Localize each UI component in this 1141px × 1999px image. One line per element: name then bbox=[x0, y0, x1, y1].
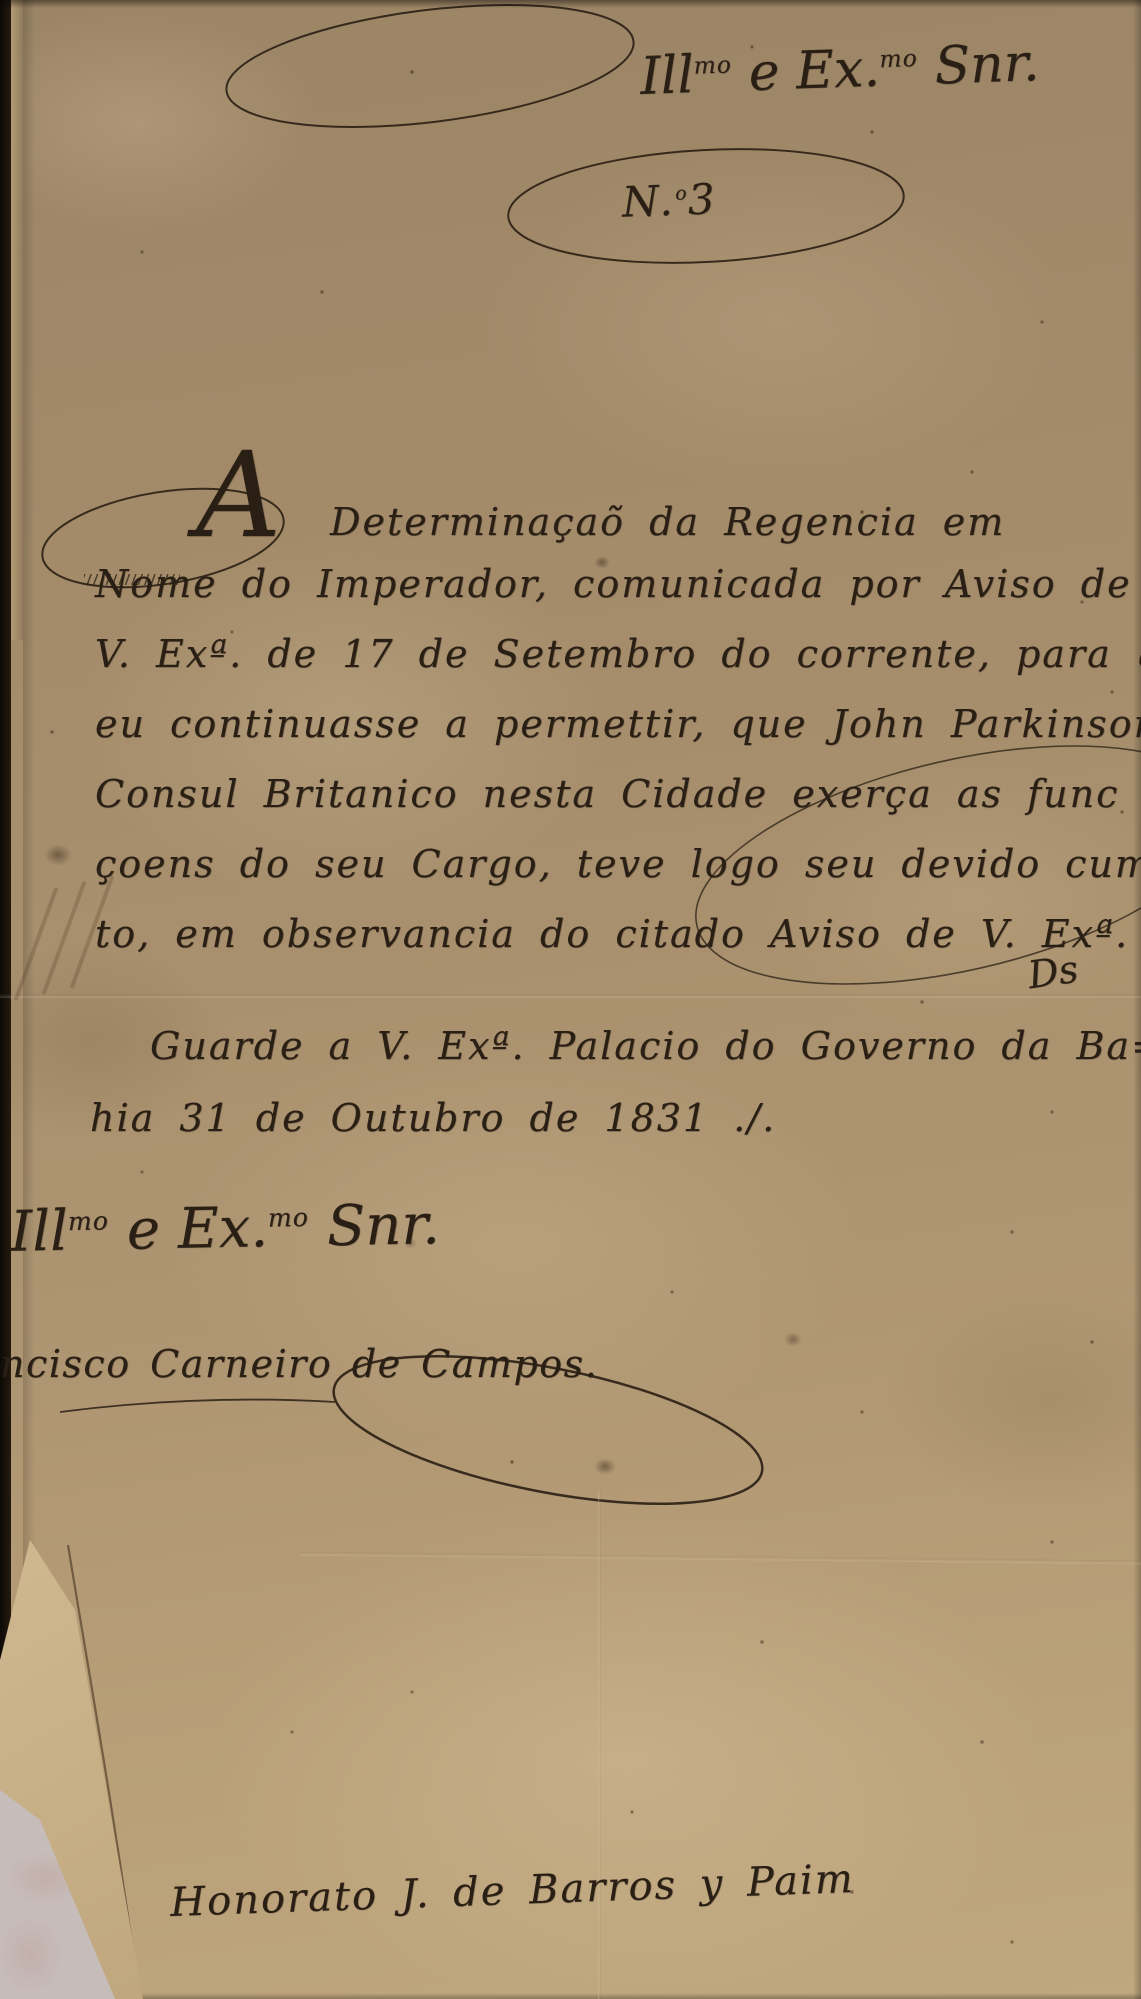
flourish-oval-header bbox=[220, 0, 641, 147]
closing-salutation: Illmo e Ex.mo Snr. bbox=[9, 1192, 440, 1264]
flourish-tail-signature bbox=[60, 1400, 335, 1412]
salutation-text: Snr. bbox=[917, 33, 1040, 97]
body-line: Nome do Imperador, comunicada por Aviso … bbox=[95, 562, 1132, 606]
drop-cap-initial: A bbox=[196, 436, 281, 554]
addressee-name: ncisco Carneiro de Campos. bbox=[0, 1342, 598, 1386]
document-number: N.o3 bbox=[621, 174, 718, 226]
document-number-superscript: o bbox=[675, 182, 688, 204]
flourish-overlay bbox=[0, 0, 1141, 1999]
body-line: to, em observancia do citado Aviso de V.… bbox=[95, 912, 1129, 956]
body-line: Consul Britanico nesta Cidade exerça as … bbox=[95, 772, 1119, 816]
salutation-text: Ill bbox=[9, 1199, 68, 1265]
salutation-superscript: mo bbox=[268, 1203, 310, 1233]
page-top-edge-shade bbox=[0, 0, 1141, 8]
body-line: V. Exª. de 17 de Setembro do corrente, p… bbox=[95, 632, 1141, 676]
dateline: hia 31 de Outubro de 1831 ./. bbox=[90, 1096, 776, 1140]
salutation-text: Ill bbox=[639, 45, 695, 107]
salutation-superscript: mo bbox=[879, 44, 918, 73]
body-line: eu continuasse a permettir, que John Par… bbox=[95, 702, 1141, 746]
page-right-edge-shade bbox=[1133, 0, 1141, 1999]
page-left-paper-edge bbox=[11, 0, 23, 640]
crease-horizontal bbox=[0, 994, 1141, 998]
body-line: çoens do seu Cargo, teve logo seu devido… bbox=[95, 842, 1141, 886]
manuscript-page: Illmo e Ex.mo Snr. N.o3 A Determinaçaõ d… bbox=[0, 0, 1141, 1999]
salutation-superscript: mo bbox=[68, 1206, 110, 1236]
salutation-superscript: mo bbox=[693, 50, 732, 79]
ink-stain bbox=[44, 844, 72, 866]
salutation-text: Snr. bbox=[309, 1192, 441, 1259]
crease-vertical bbox=[598, 1490, 601, 1999]
dateline: Guarde a V. Exª. Palacio do Governo da B… bbox=[150, 1024, 1141, 1068]
deus-guarde-abbrev: Ds bbox=[1025, 947, 1081, 998]
salutation-text: e Ex. bbox=[108, 1195, 268, 1263]
page-bottom-edge-shade bbox=[0, 1993, 1141, 1999]
document-number-value: 3 bbox=[687, 174, 718, 224]
ink-stain bbox=[784, 1332, 802, 1347]
ink-stain bbox=[594, 1458, 616, 1475]
body-line: Determinaçaõ da Regencia em bbox=[330, 500, 1005, 544]
document-number-prefix: N. bbox=[621, 176, 676, 227]
salutation-text: e Ex. bbox=[731, 39, 881, 104]
